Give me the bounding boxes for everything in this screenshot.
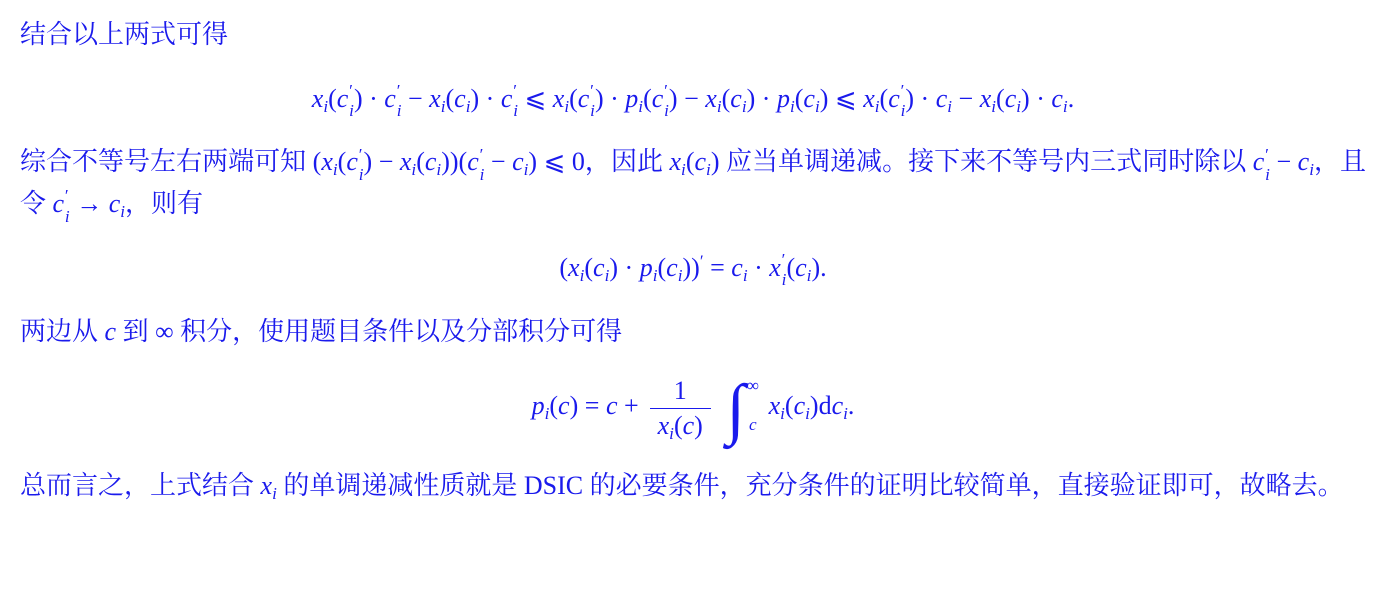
equation-math: pi(c) = c + 1xi(c) ∫∞c xi(ci)dci. [532,391,855,420]
inline-math: c [105,317,117,346]
display-equation: (xi(ci) · pi(ci))′ = ci · x′i(ci). [20,247,1366,289]
inline-math: c′i → ci [53,189,126,218]
text-run: 两边从 [20,317,105,346]
integral-sign: ∫∞c [726,375,758,443]
text-run: ，因此 [585,147,670,176]
inline-math: (xi(c′i) − xi(ci))(c′i − ci) ⩽ 0 [313,147,585,176]
paragraph: 结合以上两式可得 [20,14,1366,56]
paragraph: 总而言之，上式结合 xi 的单调递减性质就是 DSIC 的必要条件，充分条件的证… [20,465,1366,507]
text-run: 总而言之，上式结合 [20,471,261,500]
text-run: 积分，使用题目条件以及分部积分可得 [174,317,623,346]
paragraph: 综合不等号左右两端可知 (xi(c′i) − xi(ci))(c′i − ci)… [20,141,1366,224]
text-run: 结合以上两式可得 [20,20,228,49]
inline-math: ∞ [155,317,174,346]
text-run: 到 [116,317,155,346]
text-run: 应当单调递减。接下来不等号内三式同时除以 [719,147,1252,176]
text-run: ，则有 [125,189,203,218]
text-run: 的单调递减性质就是 DSIC 的必要条件，充分条件的证明比较简单，直接验证即可，… [277,471,1344,500]
equation-math: xi(c′i) · c′i − xi(ci) · c′i ⩽ xi(c′i) ·… [312,84,1074,113]
inline-math: c′i − ci [1253,147,1314,176]
display-equation: xi(c′i) · c′i − xi(ci) · c′i ⩽ xi(c′i) ·… [20,78,1366,120]
equation-math: (xi(ci) · pi(ci))′ = ci · x′i(ci). [559,253,826,282]
paragraph: 两边从 c 到 ∞ 积分，使用题目条件以及分部积分可得 [20,311,1366,353]
text-run: 综合不等号左右两端可知 [20,147,313,176]
inline-math: xi [261,471,277,500]
inline-math: xi(ci) [669,147,719,176]
document: 结合以上两式可得xi(c′i) · c′i − xi(ci) · c′i ⩽ x… [0,0,1386,608]
display-equation: pi(c) = c + 1xi(c) ∫∞c xi(ci)dci. [20,374,1366,443]
